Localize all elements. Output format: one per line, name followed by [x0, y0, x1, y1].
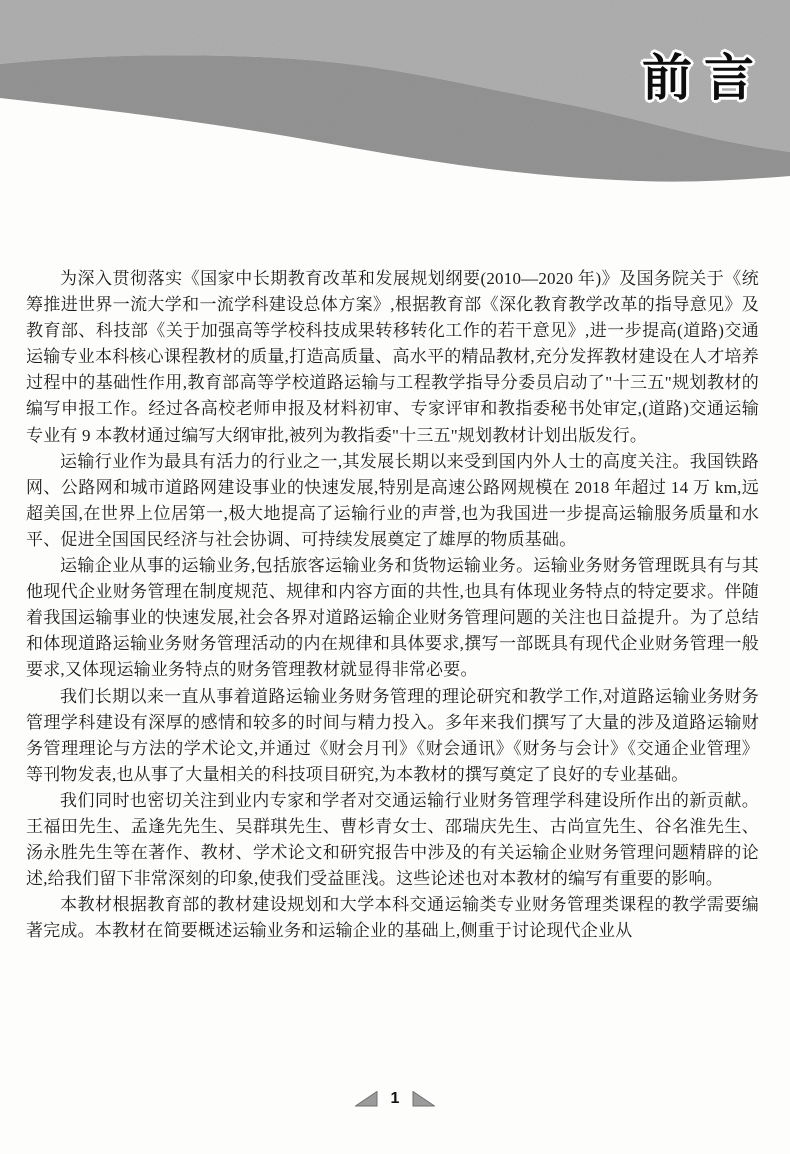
- preface-page: 前言 为深入贯彻落实《国家中长期教育改革和发展规划纲要(2010—2020 年)…: [0, 0, 790, 1154]
- paragraph: 我们长期以来一直从事着道路运输业务财务管理的理论研究和教学工作,对道路运输业务财…: [26, 684, 759, 788]
- page-title: 前言: [642, 38, 766, 110]
- header-banner: 前言: [0, 0, 790, 235]
- triangle-left-icon: [355, 1091, 378, 1107]
- paragraph: 为深入贯彻落实《国家中长期教育改革和发展规划纲要(2010—2020 年)》及国…: [26, 266, 759, 449]
- paragraph: 运输行业作为最具有活力的行业之一,其发展长期以来受到国内外人士的高度关注。我国铁…: [26, 449, 759, 553]
- page-number: 1: [391, 1091, 400, 1107]
- paragraph: 我们同时也密切关注到业内专家和学者对交通运输行业财务管理学科建设所作出的新贡献。…: [26, 788, 759, 892]
- triangle-right-icon: [412, 1091, 435, 1107]
- header-wave-graphic: [0, 0, 790, 235]
- preface-body: 为深入贯彻落实《国家中长期教育改革和发展规划纲要(2010—2020 年)》及国…: [26, 266, 759, 944]
- paragraph: 本教材根据教育部的教材建设规划和大学本科交通运输类专业财务管理类课程的教学需要编…: [26, 892, 759, 944]
- paragraph: 运输企业从事的运输业务,包括旅客运输业务和货物运输业务。运输业务财务管理既具有与…: [26, 553, 759, 683]
- page-footer: 1: [0, 1091, 790, 1107]
